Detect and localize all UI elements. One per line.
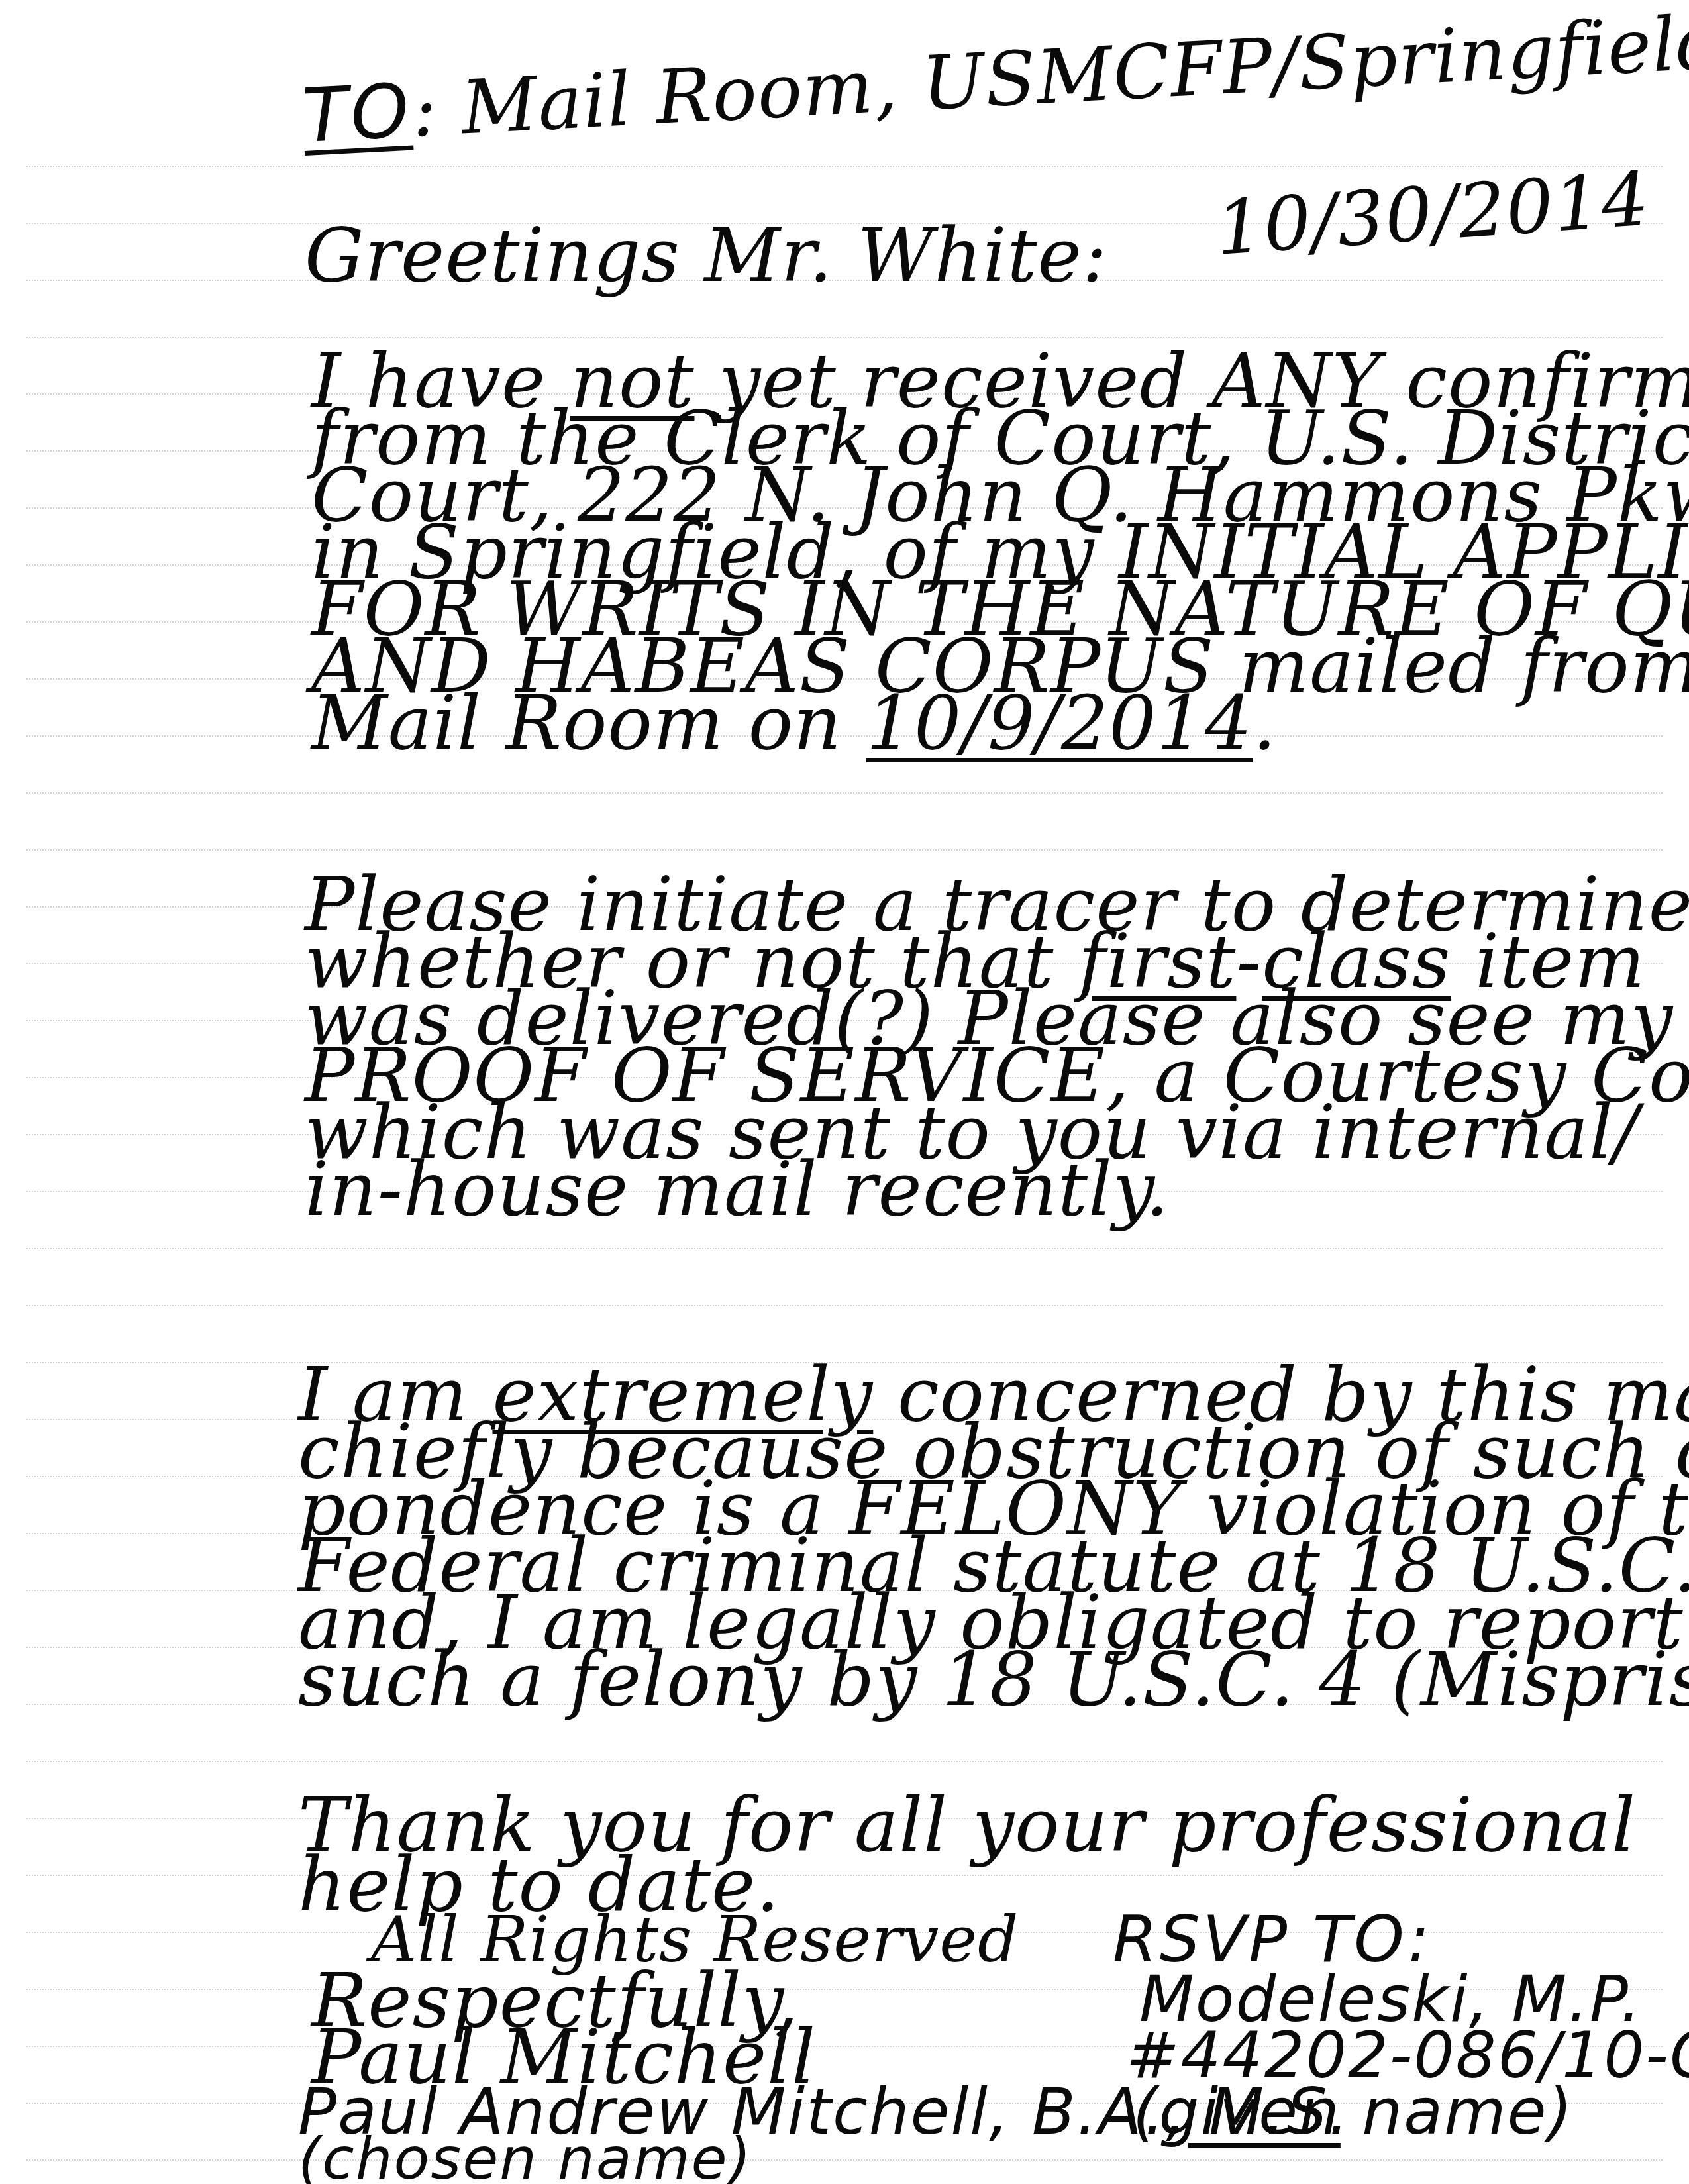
line-text: Mail Room on: [311, 680, 866, 766]
ruled-line: [26, 1248, 1663, 1249]
to-label: TO: [301, 68, 414, 160]
recipient-line: TO: Mail Room, USMCFP/Springfield: [301, 5, 1689, 154]
ruled-line: [26, 1875, 1663, 1876]
underlined-text: 10/9/2014: [866, 680, 1253, 766]
ruled-line: [26, 792, 1663, 794]
letter-date: 10/30/2014: [1213, 162, 1652, 266]
text-line: in-house mail recently.: [305, 1153, 1170, 1227]
line-text: in-house mail recently.: [305, 1147, 1170, 1233]
rsvp-note-open: (: [1133, 2075, 1158, 2149]
ruled-line: [26, 849, 1663, 851]
rsvp-note: (given name): [1133, 2080, 1574, 2144]
text-line: such a felony by 18 U.S.C. 4 (Misprision…: [298, 1643, 1689, 1717]
line-text: .: [1253, 680, 1277, 766]
recipient-text: : Mail Room, USMCFP/Springfield: [409, 0, 1689, 154]
rsvp-note-rest: name): [1341, 2075, 1574, 2149]
ruled-line: [26, 166, 1663, 167]
greeting: Greetings Mr. White:: [305, 219, 1108, 293]
ruled-line: [26, 1305, 1663, 1306]
text-line: Mail Room on 10/9/2014.: [311, 686, 1277, 760]
line-text: such a felony by 18 U.S.C. 4 (Misprision…: [298, 1637, 1689, 1723]
letter-page: TO: Mail Room, USMCFP/Springfield 10/30/…: [0, 0, 1689, 2184]
printed-name-note: (chosen name): [298, 2130, 752, 2184]
ruled-line: [26, 1761, 1663, 1762]
rsvp-note-given: given: [1158, 2075, 1340, 2149]
ruled-line: [26, 2159, 1663, 2161]
ruled-line: [26, 337, 1663, 338]
